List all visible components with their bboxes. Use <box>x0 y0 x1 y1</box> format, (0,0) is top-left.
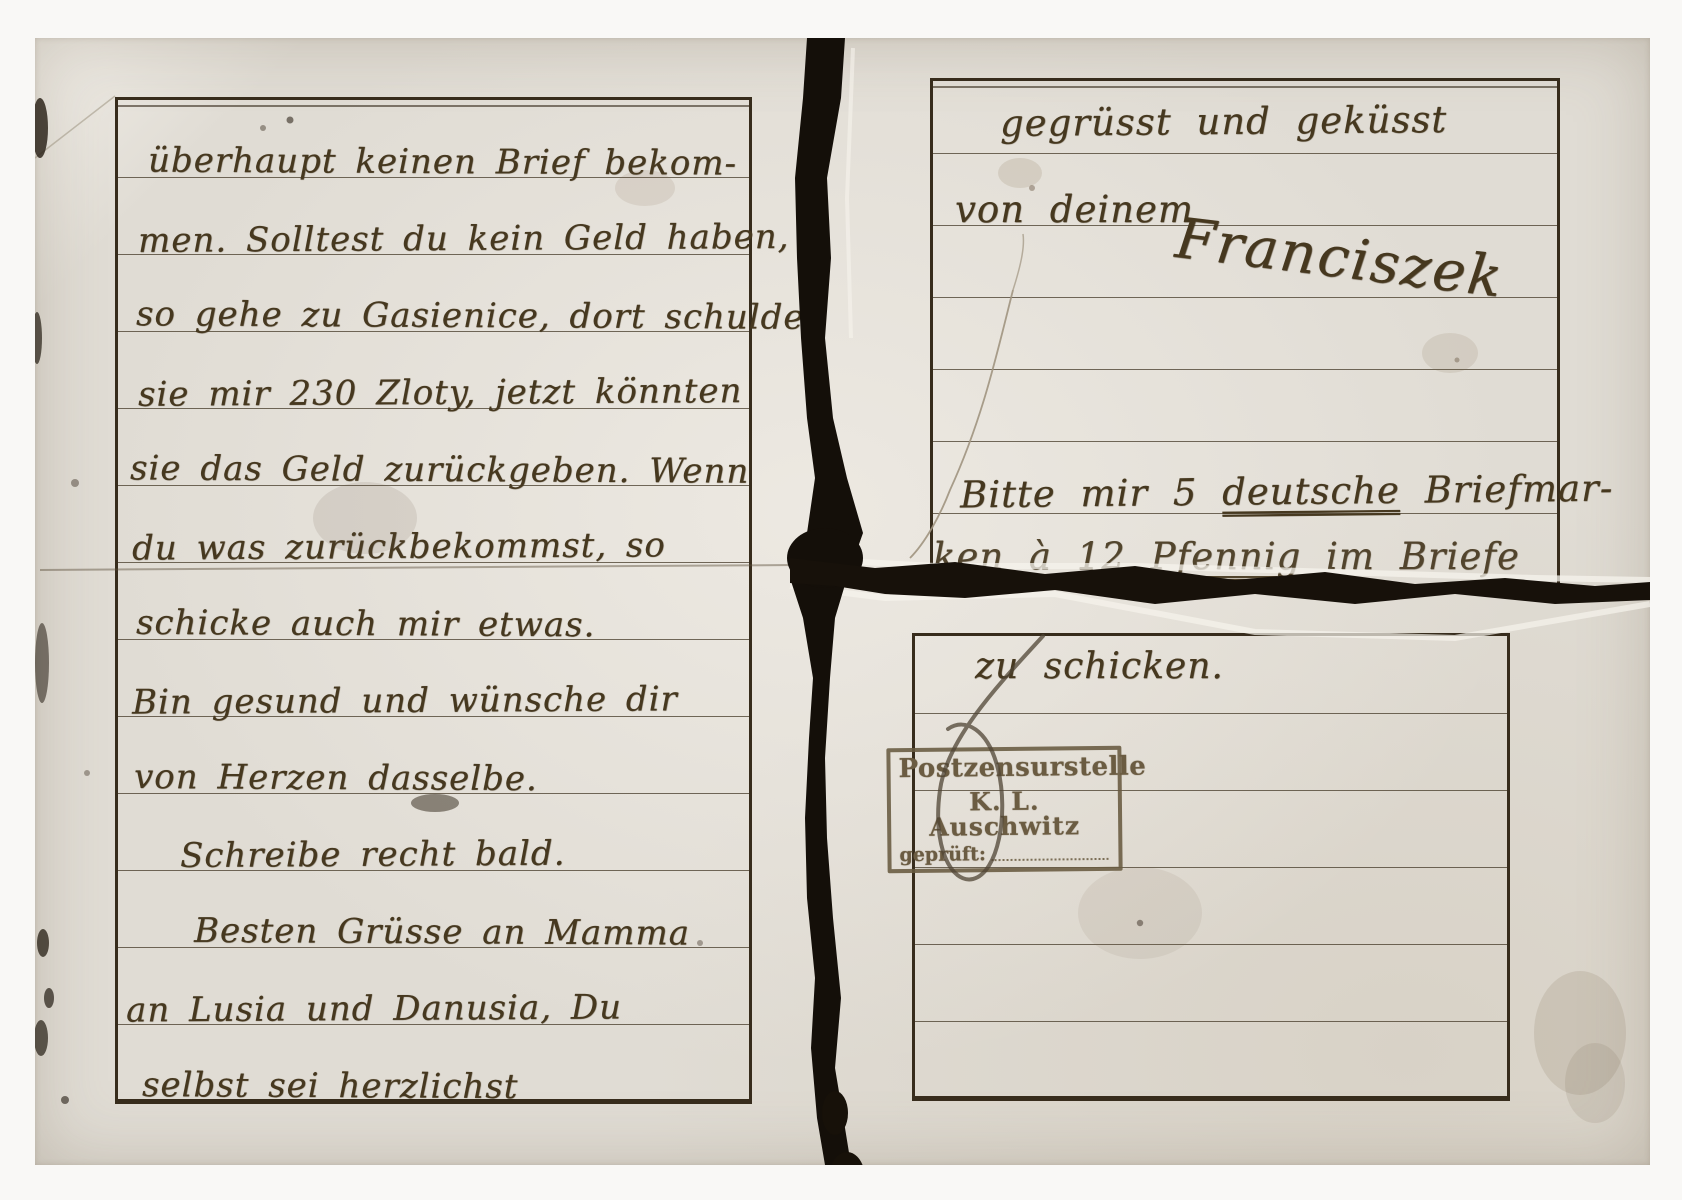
request-part1: Bitte mir 5 <box>960 471 1198 516</box>
request-part2: Briefmar- <box>1424 467 1613 512</box>
letter-line: selbst sei herzlichst <box>118 1024 749 1101</box>
from-line: von deinem <box>955 188 1194 231</box>
tear-blob <box>787 528 863 588</box>
handwritten-text: schicke auch mir etwas. <box>118 603 596 645</box>
handwritten-text: men. Solltest du kein Geld haben, <box>118 217 790 261</box>
tear-fringe-bottom <box>790 586 1650 638</box>
letter-line: an Lusia und Danusia, Du <box>118 947 749 1024</box>
handwritten-text: sie das Geld zurückgeben. Wenn <box>118 448 749 491</box>
stamp-line-2: K. L. Auschwitz <box>899 788 1111 840</box>
handwritten-text: selbst sei herzlichst <box>118 1065 519 1107</box>
handwritten-text: so gehe zu Gasienice, dort schulden <box>118 294 828 338</box>
double-rule-line <box>933 86 1557 88</box>
letter-line: schicke auch mir etwas. <box>118 562 749 639</box>
request-line-1: Bitte mir 5 deutsche Briefmar- <box>960 467 1614 517</box>
ruled-row <box>915 1021 1507 1098</box>
handwritten-text: Schreibe recht bald. <box>118 834 566 877</box>
letter-line: Besten Grüsse an Mamma <box>118 870 749 947</box>
stamp-checked-row: geprüft: <box>899 844 1110 867</box>
photograph-of-letter: { "left_page": { "lines": [ "überhaupt k… <box>0 0 1682 1200</box>
handwritten-text: Bin gesund und wünsche dir <box>118 679 678 722</box>
double-rule-line <box>118 105 749 107</box>
stamp-checked-label: geprüft: <box>899 845 986 865</box>
left-page: überhaupt keinen Brief bekom- men. Sollt… <box>115 97 752 1104</box>
greeting-line: gegrüsst und geküsst <box>1000 98 1448 145</box>
letter-line: sie das Geld zurückgeben. Wenn <box>118 408 749 485</box>
closing-line: zu schicken. <box>975 646 1224 687</box>
paper-edge-marks <box>35 98 69 1104</box>
stamp-dotted-line <box>992 858 1109 861</box>
request-underlined-word: deutsche <box>1222 469 1400 514</box>
letter-line: men. Solltest du kein Geld haben, <box>118 177 749 254</box>
letter-line: du was zurückbekommst, so <box>118 485 749 562</box>
handwritten-text: an Lusia und Danusia, Du <box>118 987 622 1030</box>
request2-part2: im Briefe <box>1326 535 1520 578</box>
letter-line: so gehe zu Gasienice, dort schulden <box>118 254 749 331</box>
ruled-row <box>933 369 1557 441</box>
letter-photo: überhaupt keinen Brief bekom- men. Sollt… <box>35 38 1650 1165</box>
letter-line: Schreibe recht bald. <box>118 793 749 870</box>
letter-line: von Herzen dasselbe. <box>118 716 749 793</box>
ruled-row <box>915 867 1507 944</box>
letter-line: überhaupt keinen Brief bekom- <box>118 100 749 177</box>
request2-underlined: 12 Pfennig <box>1077 535 1302 578</box>
handwritten-text: sie mir 230 Zloty, jetzt könnten <box>118 371 743 415</box>
vertical-fold-tear <box>790 38 863 1165</box>
letter-line: sie mir 230 Zloty, jetzt könnten <box>118 331 749 408</box>
request2-part1: ken à <box>933 535 1052 578</box>
ruled-row <box>933 297 1557 369</box>
stamp-line-1: Postzensurstelle <box>898 754 1109 784</box>
request-line-2: ken à 12 Pfennig im Briefe <box>933 535 1520 578</box>
handwritten-text: Besten Grüsse an Mamma <box>118 911 690 954</box>
ruled-row <box>915 944 1507 1021</box>
handwritten-text: du was zurückbekommst, so <box>118 525 666 568</box>
censor-stamp: Postzensurstelle K. L. Auschwitz geprüft… <box>886 746 1122 873</box>
handwritten-text: überhaupt keinen Brief bekom- <box>118 140 737 183</box>
handwritten-text: von Herzen dasselbe. <box>118 757 538 799</box>
letter-line: Bin gesund und wünsche dir <box>118 639 749 716</box>
